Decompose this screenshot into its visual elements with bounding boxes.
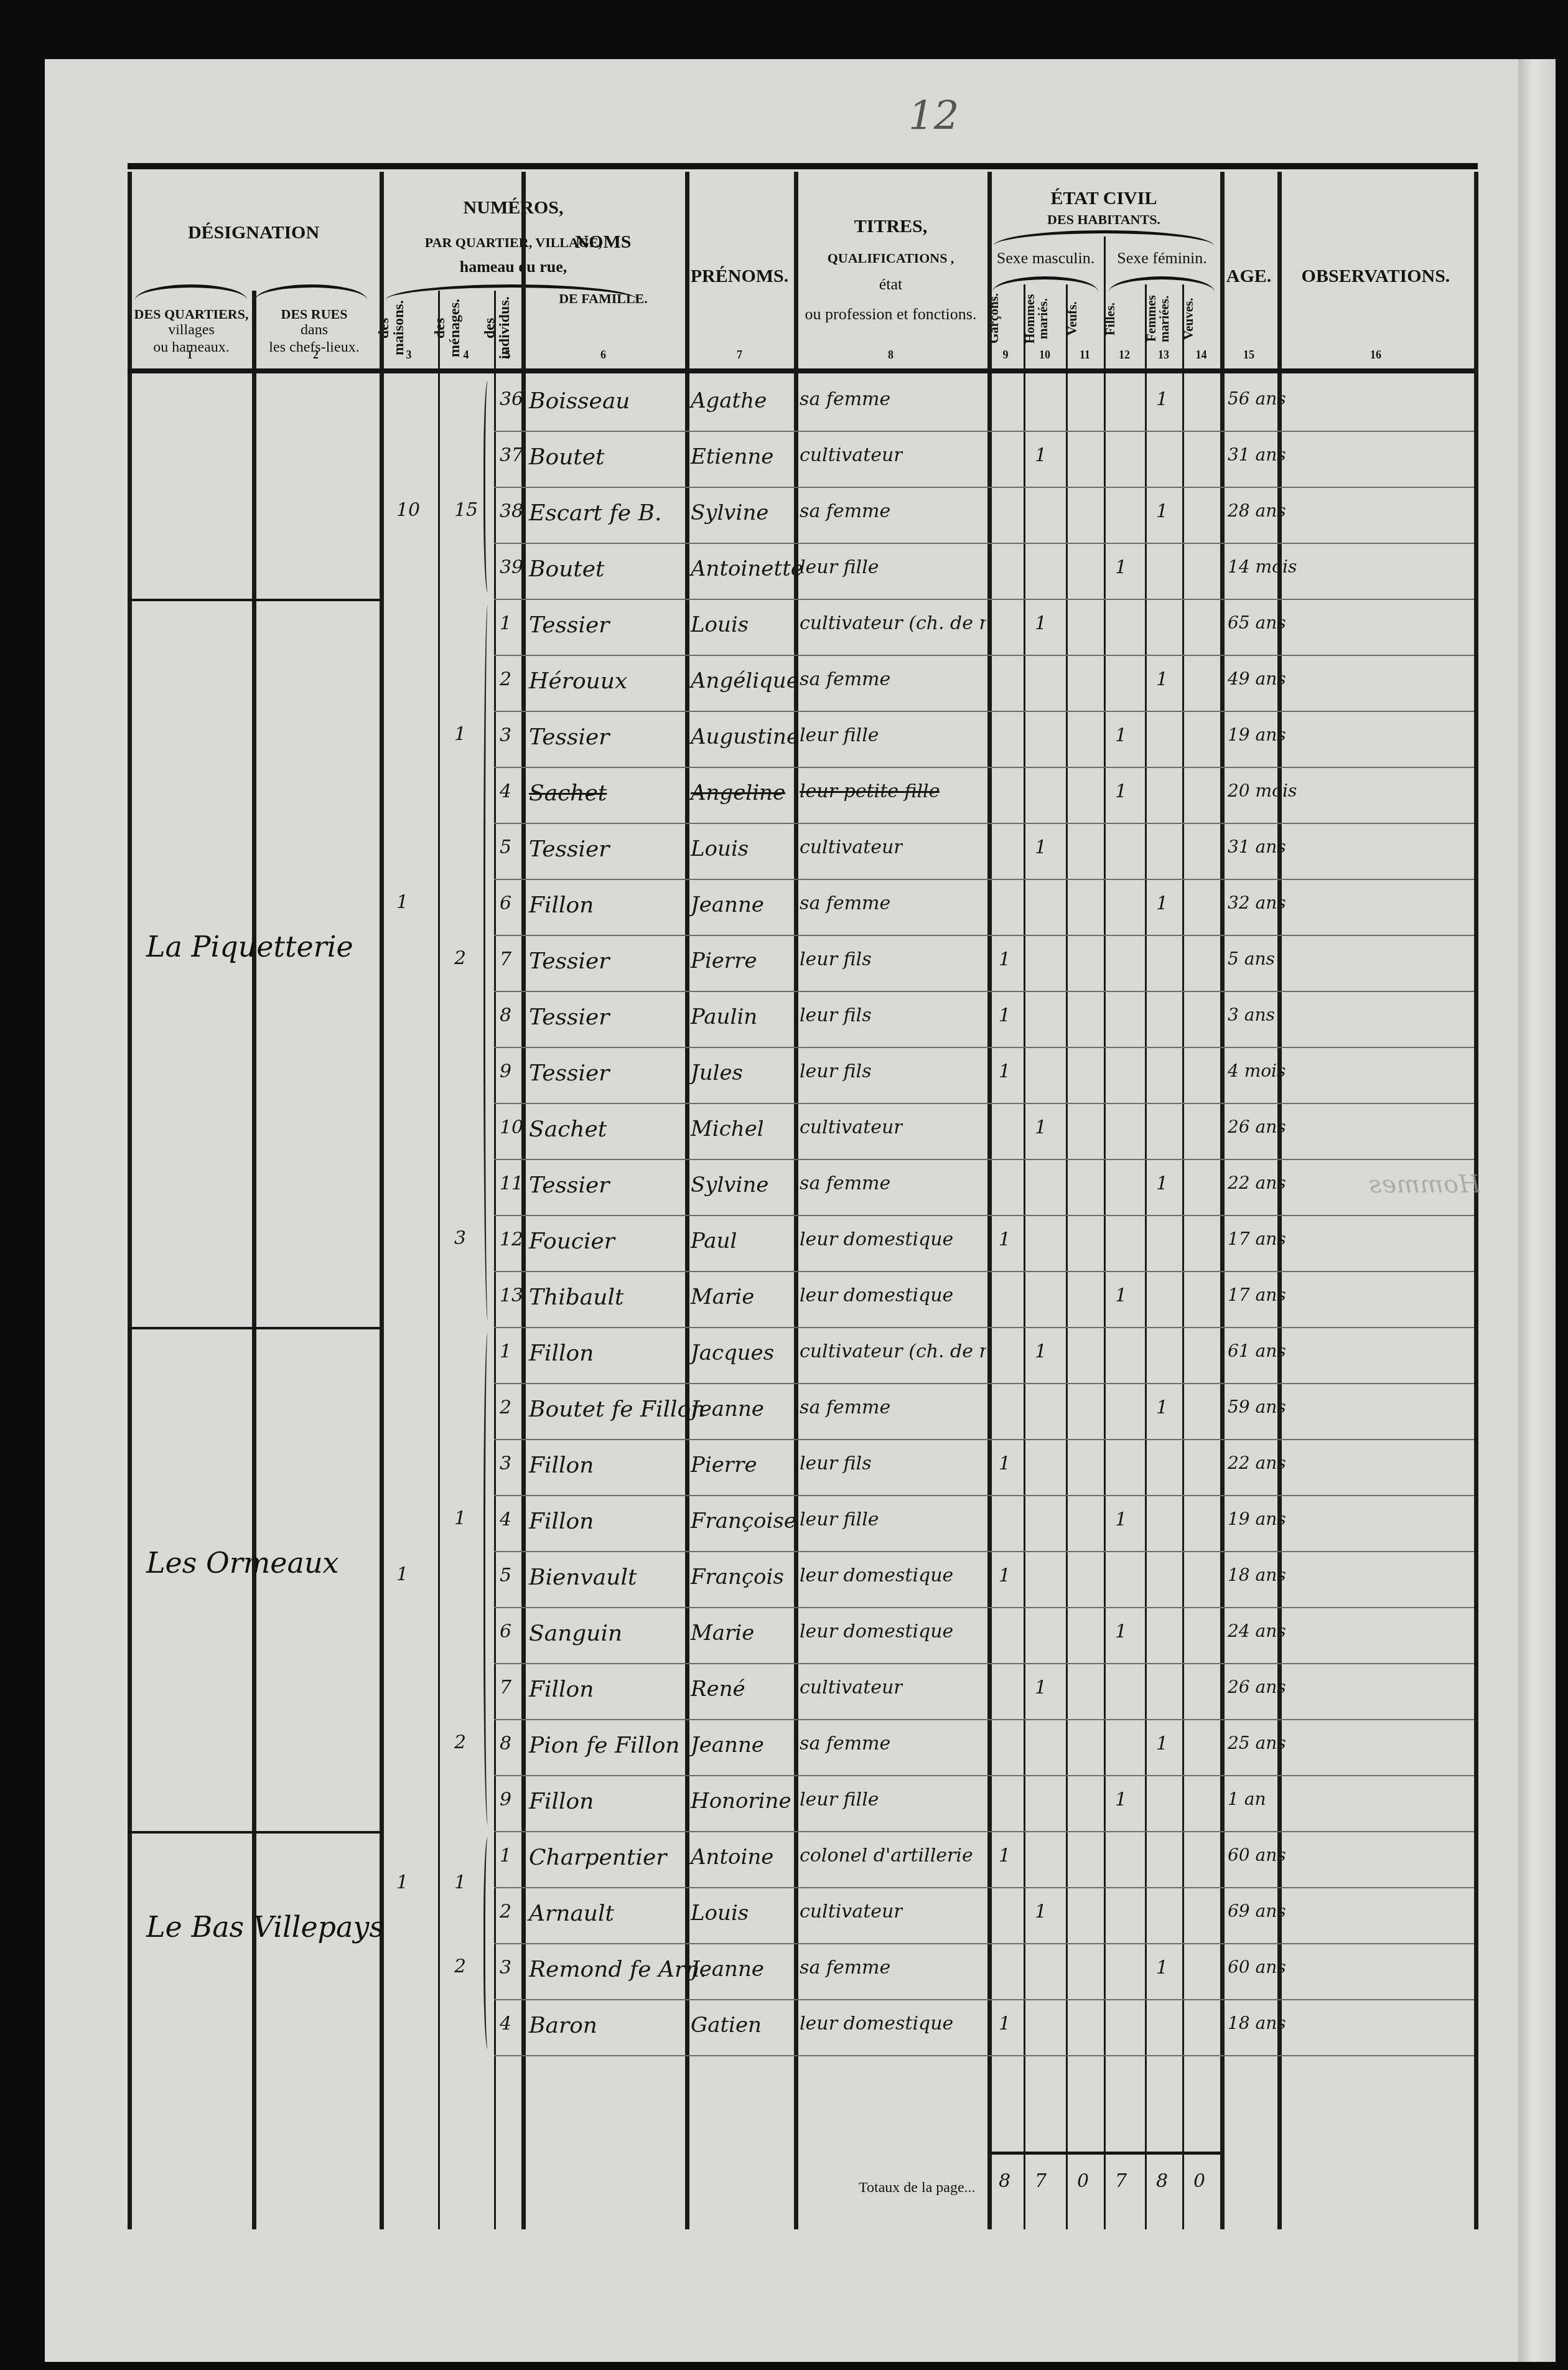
header-noms: NOMS [521,232,685,253]
civil-status-mark: 1 [1035,444,1047,466]
individual-number: 39 [500,556,523,578]
age: 65 ans [1228,612,1286,633]
table-row: 39BoutetAntoinetteleur fille114 mois [128,543,1474,599]
first-name: Paul [691,1229,737,1253]
col-num: 15 [1220,349,1277,362]
family-name: Fillon [529,1453,594,1478]
header-civil-col: Veufs. [1066,294,1104,344]
table-row: 9TessierJulesleur fils14 mois [128,1047,1474,1103]
first-name: Gatien [691,2013,762,2038]
profession: leur fils [800,948,872,970]
age: 26 ans [1228,1677,1286,1697]
individual-number: 1 [500,612,511,634]
individual-number: 8 [500,1733,511,1754]
civil-status-mark: 1 [1035,1341,1047,1362]
civil-status-mark: 1 [1156,1733,1168,1754]
family-name: Charpentier [529,1845,666,1870]
header-designation: DÉSIGNATION [128,222,380,244]
family-name: Pion fe Fillon [529,1733,680,1758]
table-row: 1TessierLouiscultivateur (ch. de ménage)… [128,599,1474,655]
civil-status-mark: 1 [999,1229,1010,1250]
table-row: 4SachetAngelineleur petite fille120 mois [128,767,1474,823]
row-rule [494,2055,1474,2056]
household-number: 1 [454,1871,466,1893]
individual-number: 5 [500,1565,511,1586]
profession: sa femme [800,500,890,522]
civil-status-mark: 1 [999,1061,1010,1082]
profession: sa femme [800,668,890,690]
civil-status-mark: 1 [1115,1621,1127,1642]
profession: leur domestique [800,1285,953,1306]
profession: leur fille [800,556,879,578]
first-name: Paulin [691,1005,757,1029]
table-top-rule [128,163,1478,169]
total-value: 7 [1115,2170,1127,2192]
family-name: Tessier [529,836,610,862]
age: 18 ans [1228,2013,1286,2033]
first-name: Jeanne [691,1397,764,1422]
total-value: 0 [1077,2170,1089,2192]
civil-status-mark: 1 [1115,556,1127,578]
page-edge [1518,59,1556,2362]
table-row: 5TessierLouiscultivateur131 ans [128,823,1474,879]
household-number: 2 [454,1731,466,1753]
civil-status-mark: 1 [999,1845,1010,1866]
locality-name: La Piquetterie [146,925,353,968]
age: 19 ans [1228,724,1286,745]
header-civil-col: Garçons. [987,294,1024,344]
family-name: Boutet [529,444,605,470]
household-number: 3 [454,1227,466,1249]
profession: leur fille [800,724,879,746]
profession: sa femme [800,1397,890,1418]
house-number: 1 [396,1563,408,1585]
brace [1109,276,1215,292]
individual-number: 5 [500,836,511,858]
family-name: Escart fe B. [529,500,661,526]
header-feminin: Sexe féminin. [1104,249,1220,268]
col-num: 2 [252,349,380,362]
age: 20 mois [1228,780,1297,801]
age: 25 ans [1228,1733,1286,1753]
family-name: Tessier [529,612,610,638]
profession: sa femme [800,1733,890,1754]
individual-number: 3 [500,1957,511,1979]
table-row: 3FillonPierreleur fils122 ans [128,1439,1474,1495]
table-row: 2Boutet fe FillonJeannesa femme159 ans [128,1383,1474,1439]
profession: leur fils [800,1453,872,1474]
age: 5 ans [1228,948,1275,969]
total-value: 8 [1156,2170,1168,2192]
age: 22 ans [1228,1173,1286,1193]
col-num: 5 [494,349,521,362]
individual-number: 4 [500,780,511,802]
brace [992,276,1098,292]
first-name: Louis [691,612,749,637]
first-name: Agathe [691,388,767,413]
civil-status-mark: 1 [999,2013,1010,2035]
col-num: 12 [1104,349,1145,362]
civil-status-mark: 1 [1115,780,1127,802]
first-name: Augustine [691,724,799,749]
family-name: Bienvault [529,1565,637,1590]
house-number: 10 [396,499,420,521]
grouping-brace [483,1333,494,1825]
house-number: 1 [396,891,408,913]
individual-number: 1 [500,1845,511,1866]
first-name: Françoise [691,1509,796,1534]
individual-number: 8 [500,1005,511,1026]
col-num: 10 [1024,349,1066,362]
civil-status-mark: 1 [999,1453,1010,1474]
individual-number: 4 [500,1509,511,1530]
grouping-brace [483,605,494,1321]
profession: sa femme [800,1957,890,1979]
profession: sa femme [800,892,890,914]
header-masculin: Sexe masculin. [987,249,1104,268]
col-num: 14 [1182,349,1220,362]
individual-number: 36 [500,388,523,410]
first-name: Jules [691,1061,743,1085]
family-name: Tessier [529,724,610,750]
header-titres: TITRES, [794,216,987,238]
household-number: 2 [454,1955,466,1977]
column-rule [1474,172,1478,2229]
individual-number: 9 [500,1789,511,1810]
profession: cultivateur [800,1901,903,1923]
header-noms-sub: DE FAMILLE. [521,291,685,306]
household-number: 15 [454,499,478,521]
age: 4 mois [1228,1061,1286,1081]
individual-number: 2 [500,668,511,690]
brace [255,284,367,300]
age: 69 ans [1228,1901,1286,1921]
header-age: AGE. [1220,266,1277,288]
individual-number: 38 [500,500,523,522]
individual-number: 4 [500,2013,511,2035]
header-civil-col: Hommes mariés. [1024,294,1066,344]
age: 1 an [1228,1789,1266,1809]
profession: leur domestique [800,1565,953,1586]
individual-number: 13 [500,1285,523,1306]
family-name: Fillon [529,1677,594,1702]
civil-status-mark: 1 [1115,1789,1127,1810]
age: 60 ans [1228,1957,1286,1977]
first-name: Marie [691,1285,754,1309]
individual-number: 12 [500,1229,523,1250]
col-num: 8 [794,349,987,362]
col-num: 9 [987,349,1024,362]
header-civil-col: Femmes mariées. [1145,294,1182,344]
individual-number: 2 [500,1397,511,1418]
household-number: 1 [454,1507,466,1529]
family-name: Fillon [529,1509,594,1534]
individual-number: 6 [500,892,511,914]
header-civil-col: Veuves. [1182,294,1220,344]
header-etat-civil: ÉTAT CIVIL [987,188,1220,210]
table-row: 3TessierAugustineleur fille119 ans [128,711,1474,767]
col-num: 3 [380,349,438,362]
table-row: 7FillonRenécultivateur126 ans [128,1663,1474,1719]
header-titres-sub1: QUALIFICATIONS , [794,250,987,266]
table-row: 2HérouuxAngéliquesa femme149 ans [128,655,1474,711]
family-name: Boutet fe Fillon [529,1397,705,1422]
age: 14 mois [1228,556,1297,577]
age: 17 ans [1228,1285,1286,1305]
civil-status-mark: 1 [999,1005,1010,1026]
table-row: 12FoucierPaulleur domestique117 ans [128,1215,1474,1271]
family-name: Sanguin [529,1621,622,1646]
first-name: Michel [691,1117,764,1141]
ink-bleed-through: Hommes [1369,1170,1480,1199]
profession: cultivateur [800,836,903,858]
family-name: Fillon [529,1341,594,1366]
first-name: François [691,1565,784,1590]
first-name: Sylvine [691,1173,768,1197]
first-name: Angélique [691,668,799,693]
header-numeros-sub2: hameau ou rue, [380,258,647,276]
header-titres-sub3: ou profession et fonctions. [794,305,987,324]
individual-number: 3 [500,1453,511,1474]
family-name: Tessier [529,948,610,974]
age: 26 ans [1228,1117,1286,1137]
civil-status-mark: 1 [999,1565,1010,1586]
civil-status-mark: 1 [1156,388,1168,410]
civil-status-mark: 1 [1115,1509,1127,1530]
header-titres-sub2: état [794,275,987,294]
profession: colonel d'artillerie [800,1845,973,1866]
col-num: 16 [1277,349,1474,362]
individual-number: 7 [500,948,511,970]
grouping-brace [483,1837,494,2049]
civil-status-mark: 1 [1035,1677,1047,1698]
header-observations: OBSERVATIONS. [1277,266,1474,288]
civil-status-mark: 1 [1156,1957,1168,1979]
individual-number: 6 [500,1621,511,1642]
family-name: Arnault [529,1901,614,1926]
profession: leur domestique [800,1229,953,1250]
profession: leur domestique [800,1621,953,1642]
table-row: 1CharpentierAntoinecolonel d'artillerie1… [128,1831,1474,1887]
first-name: Antoine [691,1845,773,1870]
family-name: Fillon [529,892,594,918]
civil-status-mark: 1 [1035,1901,1047,1923]
family-name: Thibault [529,1285,623,1310]
table-row: 8TessierPaulinleur fils13 ans [128,991,1474,1047]
first-name: Honorine [691,1789,791,1814]
age: 19 ans [1228,1509,1286,1529]
individual-number: 11 [500,1173,523,1194]
table-row: 10SachetMichelcultivateur126 ans [128,1103,1474,1159]
total-value: 8 [999,2170,1010,2192]
family-name: Remond fe Arn. [529,1957,707,1982]
first-name: Jeanne [691,1733,764,1758]
total-value: 7 [1035,2170,1047,2192]
individual-number: 2 [500,1901,511,1923]
table-row: 4BaronGatienleur domestique118 ans [128,1999,1474,2055]
profession: leur fille [800,1509,879,1530]
house-number: 1 [396,1871,408,1893]
individual-number: 9 [500,1061,511,1082]
first-name: Louis [691,836,749,861]
profession: leur fils [800,1061,872,1082]
civil-status-mark: 1 [1156,1173,1168,1194]
age: 56 ans [1228,388,1286,409]
family-name: Sachet [529,1117,607,1142]
civil-status-mark: 1 [1115,724,1127,746]
table-row: 36BoisseauAgathesa femme156 ans [128,375,1474,431]
age: 3 ans [1228,1005,1275,1025]
family-name: Tessier [529,1173,610,1198]
individual-number: 10 [500,1117,523,1138]
profession: leur fils [800,1005,872,1026]
first-name: Sylvine [691,500,768,525]
civil-status-mark: 1 [1156,668,1168,690]
first-name: Etienne [691,444,773,469]
civil-status-mark: 1 [1115,1285,1127,1306]
civil-status-mark: 1 [1156,892,1168,914]
header-civil-col: Filles. [1104,294,1145,344]
family-name: Sachet [529,780,607,806]
age: 61 ans [1228,1341,1286,1361]
header-numeros: NUMÉROS, [380,197,647,219]
table-row: 11TessierSylvinesa femme122 ans [128,1159,1474,1215]
age: 60 ans [1228,1845,1286,1865]
first-name: Jeanne [691,892,764,917]
table-row: 3Remond fe Arn.Jeannesa femme160 ans [128,1943,1474,1999]
brace [135,284,247,300]
family-name: Hérouux [529,668,627,694]
first-name: René [691,1677,745,1702]
col-num: 4 [438,349,494,362]
table-row: 13ThibaultMarieleur domestique117 ans [128,1271,1474,1327]
table-row: 37BoutetEtiennecultivateur131 ans [128,431,1474,487]
profession: cultivateur [800,1677,903,1698]
age: 18 ans [1228,1565,1286,1585]
page-number: 12 [908,93,959,139]
individual-number: 1 [500,1341,511,1362]
grouping-brace [483,381,494,592]
locality-name: Le Bas Villepays [146,1906,384,1949]
first-name: Marie [691,1621,754,1646]
age: 28 ans [1228,500,1286,521]
col-num: 13 [1145,349,1182,362]
family-name: Foucier [529,1229,615,1254]
individual-number: 37 [500,444,523,466]
civil-status-mark: 1 [1035,836,1047,858]
civil-status-mark: 1 [1156,500,1168,522]
age: 31 ans [1228,836,1286,857]
family-name: Boisseau [529,388,630,414]
civil-status-mark: 1 [1035,1117,1047,1138]
first-name: Pierre [691,1453,757,1478]
profession: cultivateur (ch. de ménage) [800,612,986,634]
family-name: Tessier [529,1061,610,1086]
individual-number: 3 [500,724,511,746]
header-prenoms: PRÉNOMS. [685,266,794,288]
table-row: 38Escart fe B.Sylvinesa femme128 ans [128,487,1474,543]
header-rule [128,368,1474,373]
profession: leur petite fille [800,780,940,802]
totals-rule [987,2152,1220,2155]
census-table: DÉSIGNATION DES QUARTIERS, villages ou h… [128,163,1478,2236]
profession: leur fille [800,1789,879,1810]
first-name: Antoinette [691,556,803,581]
first-name: Louis [691,1901,749,1926]
profession: cultivateur [800,1117,903,1138]
age: 59 ans [1228,1397,1286,1417]
table-row: 1FillonJacquescultivateur (ch. de ménage… [128,1327,1474,1383]
individual-number: 7 [500,1677,511,1698]
first-name: Angeline [691,780,785,805]
household-number: 2 [454,947,466,969]
first-name: Pierre [691,948,757,973]
family-name: Fillon [529,1789,594,1814]
family-name: Baron [529,2013,597,2038]
table-row: 6SanguinMarieleur domestique124 ans [128,1607,1474,1663]
totals-label: Totaux de la page... [859,2180,976,2196]
household-number: 1 [454,723,466,745]
family-name: Boutet [529,556,605,582]
age: 22 ans [1228,1453,1286,1473]
age: 24 ans [1228,1621,1286,1641]
family-name: Tessier [529,1005,610,1030]
header-etat-civil-sub: DES HABITANTS. [987,212,1220,227]
civil-status-mark: 1 [999,948,1010,970]
profession: sa femme [800,388,890,410]
profession: cultivateur [800,444,903,466]
civil-status-mark: 1 [1035,612,1047,634]
age: 17 ans [1228,1229,1286,1249]
civil-status-mark: 1 [1156,1397,1168,1418]
col-num: 1 [128,349,252,362]
age: 31 ans [1228,444,1286,465]
age: 49 ans [1228,668,1286,689]
first-name: Jacques [691,1341,774,1365]
profession: leur domestique [800,2013,953,2035]
profession: cultivateur (ch. de ménage) [800,1341,986,1362]
total-value: 0 [1193,2170,1205,2192]
profession: sa femme [800,1173,890,1194]
col-num: 6 [521,349,685,362]
first-name: Jeanne [691,1957,764,1982]
table-row: 8Pion fe FillonJeannesa femme125 ans [128,1719,1474,1775]
col-num: 7 [685,349,794,362]
col-num: 11 [1066,349,1104,362]
locality-name: Les Ormeaux [146,1542,339,1585]
table-row: 9FillonHonorineleur fille11 an [128,1775,1474,1831]
age: 32 ans [1228,892,1286,913]
